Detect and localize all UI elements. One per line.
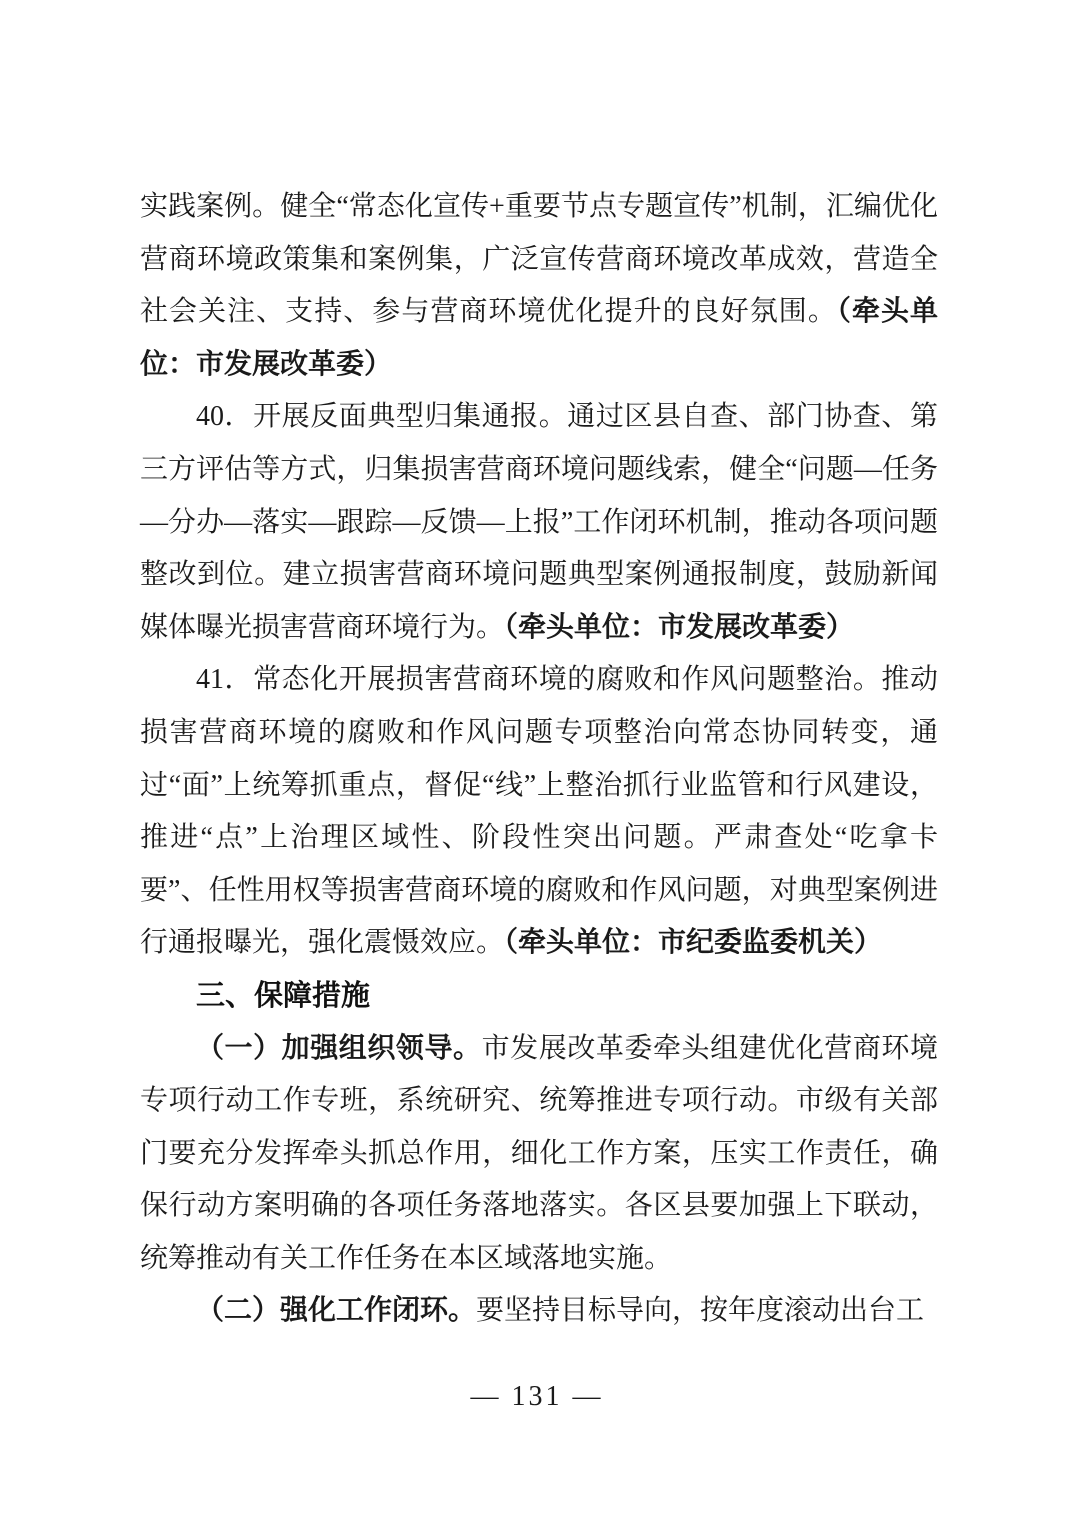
- emphasis-run: （二）强化工作闭环。: [196, 1295, 476, 1326]
- section-heading: 三、保障措施: [140, 970, 938, 1023]
- document-body: 实践案例。健全“常态化宣传+重要节点专题宣传”机制，汇编优化营商环境政策集和案例…: [140, 181, 938, 1338]
- paragraph: 41．常态化开展损害营商环境的腐败和作风问题整治。推动损害营商环境的腐败和作风问…: [140, 654, 938, 970]
- text-run: 40．开展反面典型归集通报。通过区县自查、部门协查、第三方评估等方式，归集损害营…: [140, 401, 938, 642]
- paragraph: 40．开展反面典型归集通报。通过区县自查、部门协查、第三方评估等方式，归集损害营…: [140, 391, 938, 654]
- paragraph: （二）强化工作闭环。要坚持目标导向，按年度滚动出台工: [140, 1285, 938, 1338]
- emphasis-run: （一）加强组织领导。: [196, 1033, 482, 1064]
- text-run: 要坚持目标导向，按年度滚动出台工: [476, 1295, 924, 1326]
- emphasis-run: 三、保障措施: [196, 980, 370, 1012]
- text-run: 实践案例。健全“常态化宣传+重要节点专题宣传”机制，汇编优化营商环境政策集和案例…: [140, 191, 938, 327]
- text-run: 市发展改革委牵头组建优化营商环境专项行动工作专班，系统研究、统筹推进专项行动。市…: [140, 1033, 938, 1274]
- paragraph: （一）加强组织领导。市发展改革委牵头组建优化营商环境专项行动工作专班，系统研究、…: [140, 1023, 938, 1286]
- text-run: 41．常态化开展损害营商环境的腐败和作风问题整治。推动损害营商环境的腐败和作风问…: [140, 664, 938, 958]
- document-page: 实践案例。健全“常态化宣传+重要节点专题宣传”机制，汇编优化营商环境政策集和案例…: [0, 0, 1074, 1520]
- emphasis-run: （牵头单位：市发展改革委）: [504, 612, 854, 643]
- paragraph: 实践案例。健全“常态化宣传+重要节点专题宣传”机制，汇编优化营商环境政策集和案例…: [140, 181, 938, 391]
- emphasis-run: （牵头单位：市纪委监委机关）: [504, 927, 882, 958]
- page-number: — 131 —: [0, 1375, 1074, 1419]
